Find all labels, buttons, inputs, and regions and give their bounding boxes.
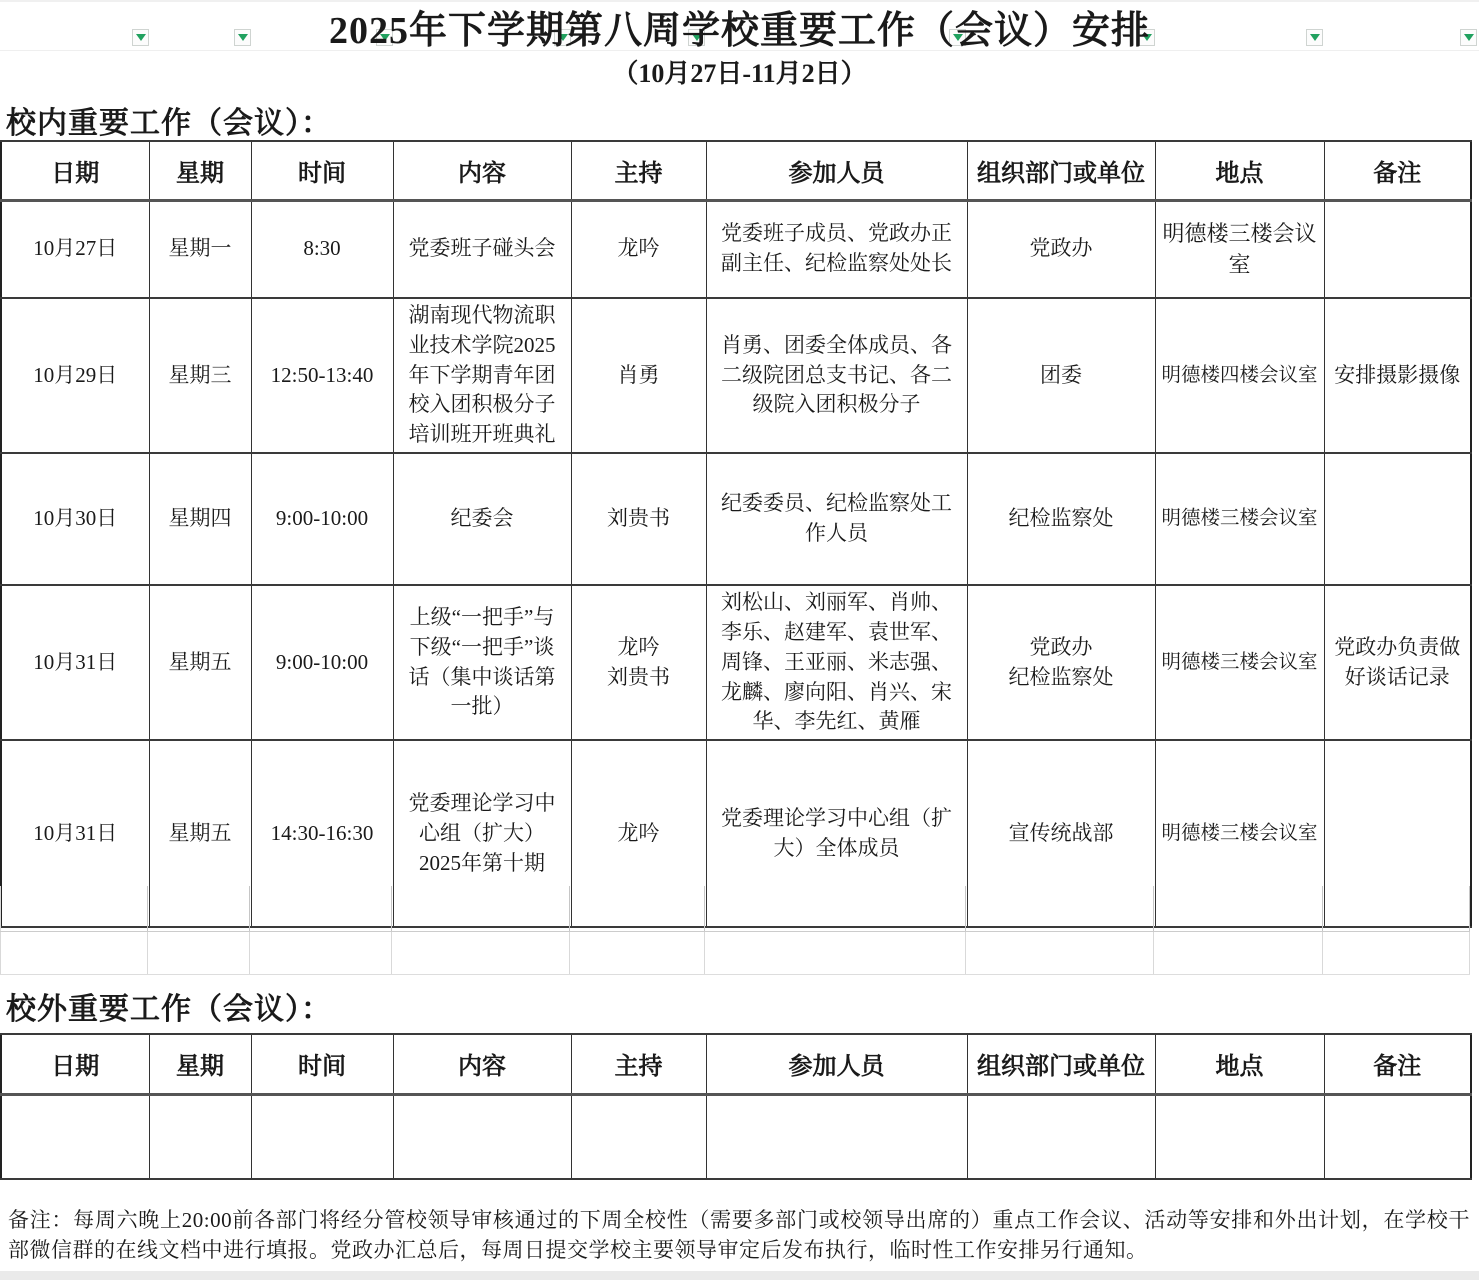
table-cell (149, 1094, 251, 1179)
chevron-down-icon (558, 34, 568, 41)
table-cell: 党政办 (967, 200, 1155, 298)
table-cell: 湖南现代物流职业技术学院2025年下学期青年团校入团积极分子培训班开班典礼 (393, 298, 571, 453)
table-cell: 纪委会 (393, 453, 571, 585)
col-header-location: 地点 (1155, 1034, 1324, 1094)
page-title-row: 2025年下学期第八周学校重要工作（会议）安排 (0, 0, 1479, 51)
filter-dropdown-icon[interactable] (554, 29, 571, 46)
col-header-time: 时间 (251, 141, 393, 200)
table-cell: 刘松山、刘丽军、肖帅、李乐、赵建军、袁世军、周锋、王亚丽、米志强、龙麟、廖向阳、… (706, 585, 967, 740)
internal-schedule-table: 日期 星期 时间 内容 主持 参加人员 组织部门或单位 地点 备注 10月27日… (0, 140, 1472, 928)
table-cell: 明德楼三楼会议室 (1155, 200, 1324, 298)
filter-dropdown-icon[interactable] (376, 29, 393, 46)
table-cell: 10月27日 (1, 200, 149, 298)
table-header-row: 日期 星期 时间 内容 主持 参加人员 组织部门或单位 地点 备注 (1, 141, 1471, 200)
table-cell: 12:50-13:40 (251, 298, 393, 453)
table-row: 10月27日星期一8:30党委班子碰头会龙吟党委班子成员、党政办正副主任、纪检监… (1, 200, 1471, 298)
table-cell (571, 1094, 706, 1179)
table-cell: 纪检监察处 (967, 453, 1155, 585)
section-title-external: 校外重要工作（会议）： (6, 984, 332, 1028)
table-cell (1324, 453, 1471, 585)
table-cell: 龙吟 (571, 200, 706, 298)
table-cell (1324, 1094, 1471, 1179)
chevron-down-icon (953, 34, 963, 41)
col-header-organizer: 组织部门或单位 (967, 141, 1155, 200)
chevron-down-icon (1464, 34, 1474, 41)
table-cell (393, 1094, 571, 1179)
table-cell: 刘贵书 (571, 453, 706, 585)
bottom-margin-strip (0, 1271, 1479, 1280)
table-cell: 10月29日 (1, 298, 149, 453)
table-cell: 党委班子碰头会 (393, 200, 571, 298)
col-header-time: 时间 (251, 1034, 393, 1094)
table-row (1, 1094, 1471, 1179)
table-cell: 8:30 (251, 200, 393, 298)
table-cell (967, 1094, 1155, 1179)
table-cell: 团委 (967, 298, 1155, 453)
filter-dropdown-icon[interactable] (1306, 29, 1323, 46)
table-cell: 10月30日 (1, 453, 149, 585)
date-range: （10月27日-11月2日） (612, 53, 866, 90)
col-header-organizer: 组织部门或单位 (967, 1034, 1155, 1094)
table-row: 10月30日星期四9:00-10:00纪委会刘贵书纪委委员、纪检监察处工作人员纪… (1, 453, 1471, 585)
external-schedule-table: 日期 星期 时间 内容 主持 参加人员 组织部门或单位 地点 备注 (0, 1033, 1472, 1180)
col-header-host: 主持 (571, 1034, 706, 1094)
chevron-down-icon (238, 34, 248, 41)
table-header-row: 日期 星期 时间 内容 主持 参加人员 组织部门或单位 地点 备注 (1, 1034, 1471, 1094)
table-cell: 党委班子成员、党政办正副主任、纪检监察处处长 (706, 200, 967, 298)
table-cell: 明德楼三楼会议室 (1155, 585, 1324, 740)
filter-dropdown-icon[interactable] (1138, 29, 1155, 46)
col-header-date: 日期 (1, 1034, 149, 1094)
chevron-down-icon (1310, 34, 1320, 41)
table-cell (251, 1094, 393, 1179)
col-header-remarks: 备注 (1324, 1034, 1471, 1094)
table-cell: 明德楼三楼会议室 (1155, 453, 1324, 585)
table-row: 10月31日星期五9:00-10:00上级“一把手”与下级“一把手”谈话（集中谈… (1, 585, 1471, 740)
col-header-location: 地点 (1155, 141, 1324, 200)
col-header-weekday: 星期 (149, 141, 251, 200)
table-cell: 龙吟 刘贵书 (571, 585, 706, 740)
table-cell: 纪委委员、纪检监察处工作人员 (706, 453, 967, 585)
table-cell: 上级“一把手”与下级“一把手”谈话（集中谈话第一批） (393, 585, 571, 740)
empty-grid-row (0, 932, 1470, 975)
table-cell (1, 1094, 149, 1179)
table-cell (1155, 1094, 1324, 1179)
page-title: 2025年下学期第八周学校重要工作（会议）安排 (329, 0, 1150, 54)
table-cell (706, 1094, 967, 1179)
table-cell: 星期四 (149, 453, 251, 585)
chevron-down-icon (1142, 34, 1152, 41)
filter-dropdown-icon[interactable] (688, 29, 705, 46)
filter-dropdown-icon[interactable] (949, 29, 966, 46)
filter-dropdown-icon[interactable] (1460, 29, 1477, 46)
date-range-row: （10月27日-11月2日） (0, 48, 1479, 95)
table-cell: 肖勇、团委全体成员、各二级院团总支书记、各二级院入团积极分子 (706, 298, 967, 453)
empty-grid-row (0, 886, 1470, 932)
table-cell: 党政办 纪检监察处 (967, 585, 1155, 740)
col-header-content: 内容 (393, 1034, 571, 1094)
col-header-participants: 参加人员 (706, 1034, 967, 1094)
col-header-participants: 参加人员 (706, 141, 967, 200)
section-title-internal: 校内重要工作（会议）： (6, 98, 332, 142)
table-cell: 肖勇 (571, 298, 706, 453)
table-cell: 明德楼四楼会议室 (1155, 298, 1324, 453)
filter-dropdown-icon[interactable] (132, 29, 149, 46)
table-cell: 10月31日 (1, 585, 149, 740)
col-header-remarks: 备注 (1324, 141, 1471, 200)
col-header-host: 主持 (571, 141, 706, 200)
table-cell: 安排摄影摄像 (1324, 298, 1471, 453)
col-header-date: 日期 (1, 141, 149, 200)
chevron-down-icon (136, 34, 146, 41)
table-cell: 9:00-10:00 (251, 585, 393, 740)
table-cell: 星期一 (149, 200, 251, 298)
col-header-content: 内容 (393, 141, 571, 200)
table-cell (1324, 200, 1471, 298)
footer-note: 备注：每周六晚上20:00前各部门将经分管校领导审核通过的下周全校性（需要多部门… (8, 1205, 1470, 1265)
col-header-weekday: 星期 (149, 1034, 251, 1094)
table-row: 10月29日星期三12:50-13:40湖南现代物流职业技术学院2025年下学期… (1, 298, 1471, 453)
chevron-down-icon (380, 34, 390, 41)
table-cell: 星期五 (149, 585, 251, 740)
table-cell: 党政办负责做好谈话记录 (1324, 585, 1471, 740)
table-cell: 星期三 (149, 298, 251, 453)
filter-dropdown-icon[interactable] (234, 29, 251, 46)
chevron-down-icon (692, 34, 702, 41)
table-cell: 9:00-10:00 (251, 453, 393, 585)
